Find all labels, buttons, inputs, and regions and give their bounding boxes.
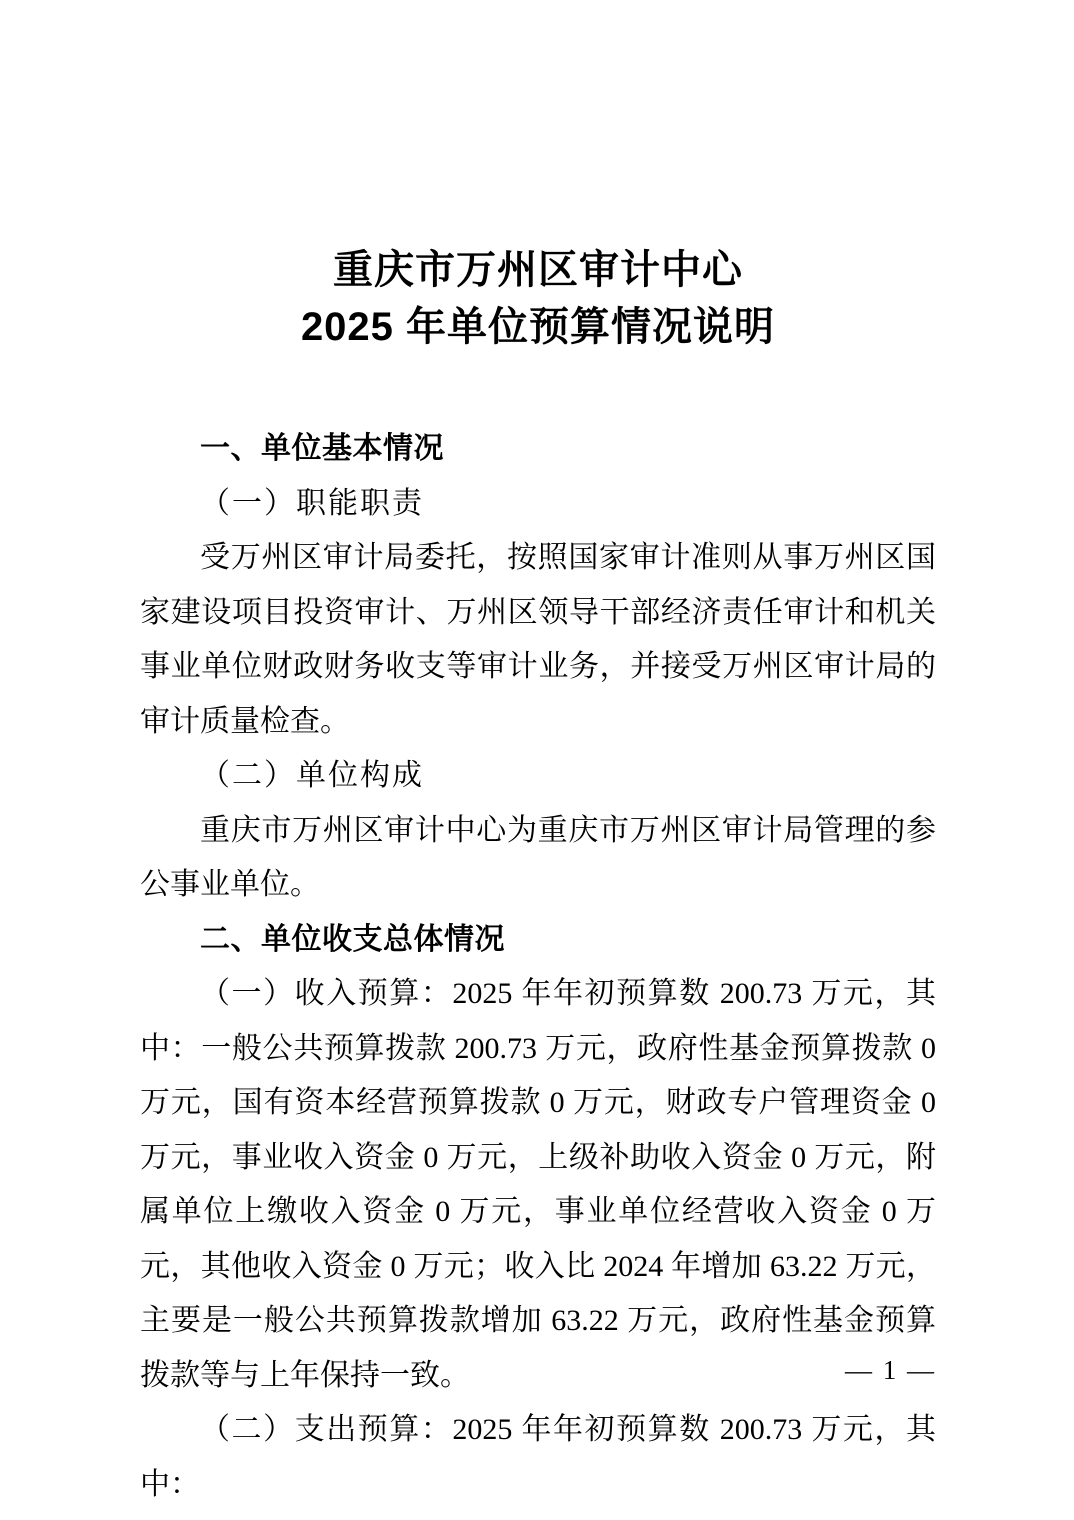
section2-heading: 二、单位收支总体情况 xyxy=(140,913,936,968)
section1-heading: 一、单位基本情况 xyxy=(140,422,936,477)
section2-income-paragraph: （一）收入预算：2025 年年初预算数 200.73 万元，其中：一般公共预算拨… xyxy=(140,967,936,1403)
document-title-line2: 2025 年单位预算情况说明 xyxy=(140,299,936,356)
document-content: 重庆市万州区审计中心 2025 年单位预算情况说明 一、单位基本情况 （一）职能… xyxy=(140,0,936,1512)
document-body: 一、单位基本情况 （一）职能职责 受万州区审计局委托，按照国家审计准则从事万州区… xyxy=(140,422,936,1512)
section1-sub2-paragraph: 重庆市万州区审计中心为重庆市万州区审计局管理的参公事业单位。 xyxy=(140,804,936,913)
section1-sub1-label: （一）职能职责 xyxy=(140,477,936,532)
document-title-line1: 重庆市万州区审计中心 xyxy=(140,242,936,299)
document-page: 重庆市万州区审计中心 2025 年单位预算情况说明 一、单位基本情况 （一）职能… xyxy=(0,0,1074,1520)
document-title: 重庆市万州区审计中心 2025 年单位预算情况说明 xyxy=(140,242,936,356)
section1-sub1-paragraph: 受万州区审计局委托，按照国家审计准则从事万州区国家建设项目投资审计、万州区领导干… xyxy=(140,531,936,749)
page-number: — 1 — xyxy=(845,1355,936,1386)
section1-sub2-label: （二）单位构成 xyxy=(140,749,936,804)
section2-expense-paragraph: （二）支出预算：2025 年年初预算数 200.73 万元，其中： xyxy=(140,1403,936,1512)
